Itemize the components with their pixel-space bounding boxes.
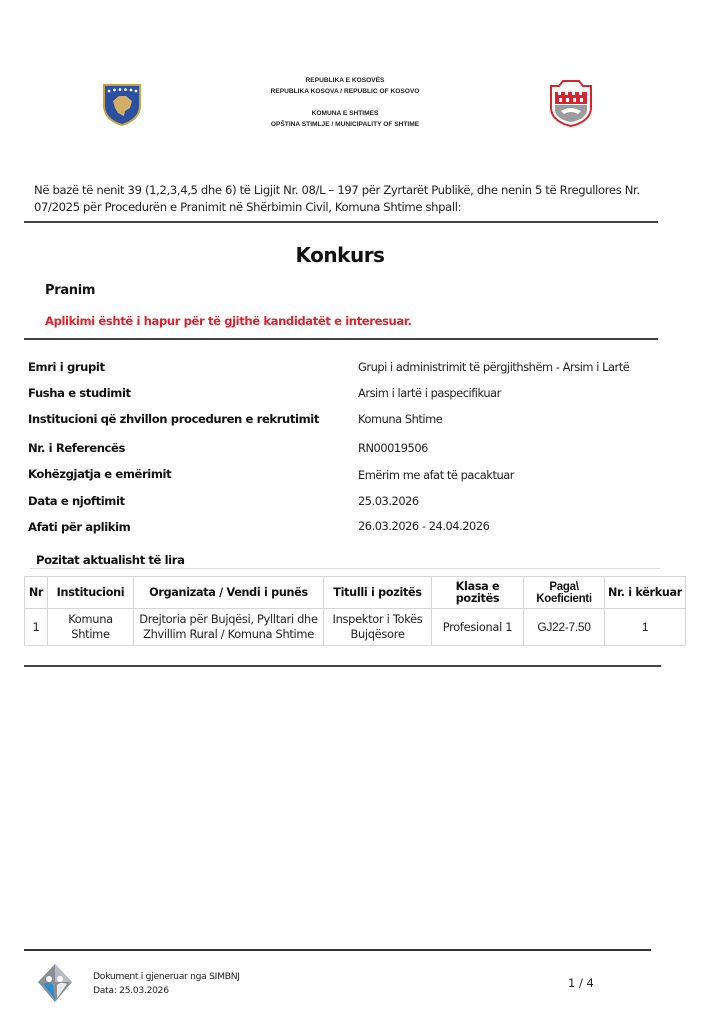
field-value-deadline: 26.03.2026 - 24.04.2026 — [358, 519, 489, 533]
table-header-row: Nr Institucioni Organizata / Vendi i pun… — [25, 577, 686, 609]
header-line-2: REPUBLIKA KOSOVA / REPUBLIC OF KOSOVO — [200, 86, 490, 97]
col-title: Titulli i pozitës — [324, 577, 432, 609]
divider — [24, 221, 658, 223]
divider — [24, 338, 658, 340]
cell-institution: Komuna Shtime — [48, 609, 134, 646]
col-salary-label: Paga\ Koeficienti — [532, 581, 596, 605]
field-label-deadline: Afati për aplikim — [28, 520, 130, 534]
field-label-group: Emri i grupit — [28, 360, 105, 374]
field-label-study: Fusha e studimit — [28, 386, 131, 400]
col-class: Klasa e pozitës — [432, 577, 524, 609]
cell-salary: GJ22-7.50 — [524, 609, 605, 646]
shtime-municipality-emblem-icon — [545, 78, 597, 128]
field-label-reference: Nr. i Referencës — [28, 441, 125, 455]
field-value-duration: Emërim me afat të pacaktuar — [358, 468, 514, 482]
kosovo-coat-of-arms-icon — [100, 81, 144, 127]
positions-heading: Pozitat aktualisht të lira — [36, 553, 185, 567]
intro-paragraph: Në bazë të nenit 39 (1,2,3,4,5 dhe 6) të… — [34, 182, 659, 216]
page-title: Konkurs — [0, 243, 680, 267]
header-republic: REPUBLIKA E KOSOVËS REPUBLIKA KOSOVA / R… — [200, 75, 490, 97]
field-value-group: Grupi i administrimit të përgjithshëm - … — [358, 360, 629, 374]
col-institution: Institucioni — [48, 577, 134, 609]
cell-organization: Drejtoria për Bujqësi, Pylltari dhe Zhvi… — [134, 609, 324, 646]
competition-type: Pranim — [45, 283, 95, 298]
field-label-duration: Kohëzgjatja e emërimit — [28, 467, 171, 481]
col-nr: Nr — [25, 577, 48, 609]
col-organization: Organizata / Vendi i punës — [134, 577, 324, 609]
header-line-3: KOMUNA E SHTIMES — [200, 108, 490, 119]
cell-institution-text: Komuna Shtime — [61, 612, 121, 642]
cell-title: Inspektor i Tokës Bujqësore — [324, 609, 432, 646]
col-salary: Paga\ Koeficienti — [524, 577, 605, 609]
footer-generated-by: Dokument i gjeneruar nga SIMBNJ — [93, 970, 240, 984]
positions-table: Nr Institucioni Organizata / Vendi i pun… — [24, 576, 686, 646]
cell-required: 1 — [605, 609, 686, 646]
cell-class: Profesional 1 — [432, 609, 524, 646]
simbnj-logo-icon — [36, 962, 74, 1004]
divider — [30, 568, 660, 569]
divider — [24, 665, 661, 667]
header-line-1: REPUBLIKA E KOSOVËS — [200, 75, 490, 86]
field-label-institution: Institucioni që zhvillon proceduren e re… — [28, 412, 319, 426]
footer-date: Data: 25.03.2026 — [93, 984, 240, 998]
cell-nr: 1 — [25, 609, 48, 646]
page-number: 1 / 4 — [568, 976, 594, 990]
field-value-institution: Komuna Shtime — [358, 412, 442, 426]
field-label-notice-date: Data e njoftimit — [28, 494, 125, 508]
footer-divider — [24, 949, 651, 951]
table-row: 1 Komuna Shtime Drejtoria për Bujqësi, P… — [25, 609, 686, 646]
field-value-reference: RN00019506 — [358, 441, 428, 455]
open-application-notice: Aplikimi është i hapur për të gjithë kan… — [45, 314, 411, 328]
header-line-4: OPŠTINA STIMLJE / MUNICIPALITY OF SHTIME — [200, 119, 490, 130]
field-value-study: Arsim i lartë i paspecifikuar — [358, 386, 501, 400]
footer-info: Dokument i gjeneruar nga SIMBNJ Data: 25… — [93, 970, 240, 998]
field-value-notice-date: 25.03.2026 — [358, 494, 419, 508]
col-required: Nr. i kërkuar — [605, 577, 686, 609]
header-municipality: KOMUNA E SHTIMES OPŠTINA STIMLJE / MUNIC… — [200, 108, 490, 130]
